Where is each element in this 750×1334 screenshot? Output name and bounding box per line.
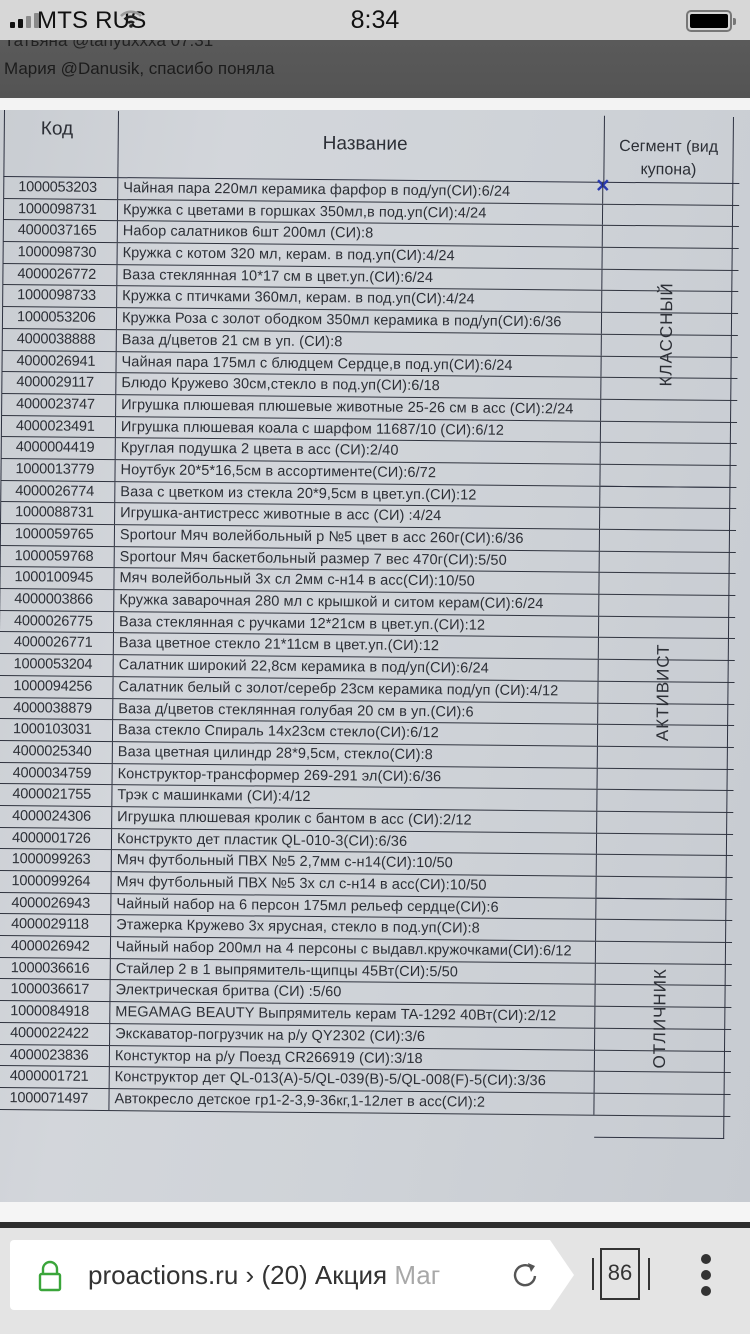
product-code: 4000038879 (0, 697, 113, 719)
product-code: 1000103031 (0, 719, 113, 741)
product-code: 4000026772 (2, 264, 117, 286)
address-bar[interactable]: proactions.ru › (20) Акция Маг (10, 1240, 550, 1310)
product-code: 4000034759 (0, 763, 113, 785)
header-name: Название (118, 111, 604, 183)
product-code: 1000099263 (0, 849, 112, 871)
product-code: 4000026774 (0, 481, 115, 503)
product-code: 4000029118 (0, 914, 111, 936)
product-code: 1000053206 (2, 307, 117, 329)
product-code: 1000059768 (0, 546, 115, 568)
segment-cell: ОТЛИЧНИК (594, 899, 726, 1139)
segment-label: КЛАССНЫЙ (656, 283, 677, 387)
divider (0, 98, 750, 110)
product-code: 4000026771 (0, 632, 114, 654)
tab-count: 86 (600, 1248, 640, 1300)
product-code: 1000084918 (0, 1001, 110, 1023)
document-photo: Код Название Сегмент (вид купона) ✕ 1000… (0, 110, 750, 1202)
product-code: 4000038888 (2, 329, 117, 351)
more-menu-icon[interactable] (696, 1248, 716, 1304)
product-code: 4000023747 (1, 394, 116, 416)
product-code: 1000098731 (3, 199, 118, 221)
segment-cell: КЛАССНЫЙ (600, 183, 733, 488)
product-code: 4000037165 (3, 220, 118, 242)
segment-label: ОТЛИЧНИК (649, 968, 670, 1069)
chat-message-latest: Мария @Danusik, спасибо поняла (4, 59, 275, 79)
product-code: 4000001726 (0, 828, 112, 850)
product-code: 1000099264 (0, 871, 112, 893)
product-name: Автокресло детское гр1-2-3,9-36кг,1-12ле… (109, 1089, 594, 1114)
product-code: 1000036617 (0, 979, 111, 1001)
tabs-bar-left (592, 1258, 594, 1290)
tabs-button[interactable]: 86 (592, 1248, 650, 1300)
header-code: Код (3, 110, 119, 178)
table-header: Код Название Сегмент (вид купона) ✕ (3, 110, 740, 184)
product-code: 4000023836 (0, 1044, 110, 1066)
product-code: 1000059765 (0, 524, 115, 546)
chat-message-previous: Татьяна @tanyuxxxa 07:31 (4, 40, 213, 51)
page-bottom (0, 1202, 750, 1222)
product-code: 4000024306 (0, 806, 112, 828)
lock-icon (38, 1260, 62, 1292)
product-code: 1000100945 (0, 567, 115, 589)
product-code: 1000053204 (0, 654, 114, 676)
coupon-table: Код Название Сегмент (вид купона) ✕ 1000… (0, 110, 740, 1117)
product-code: 1000098730 (3, 242, 118, 264)
product-code: 4000021755 (0, 784, 113, 806)
product-code: 1000036616 (0, 958, 111, 980)
product-code: 1000013779 (0, 459, 115, 481)
chat-overlay: Татьяна @tanyuxxxa 07:31 Мария @Danusik,… (0, 40, 750, 98)
url-text[interactable]: proactions.ru › (20) Акция Маг (88, 1260, 440, 1291)
product-code: 4000004419 (1, 437, 116, 459)
product-code: 4000026941 (1, 350, 116, 372)
segment-column: КЛАССНЫЙАКТИВИСТОТЛИЧНИК (594, 183, 733, 1139)
reload-icon[interactable] (510, 1260, 540, 1290)
product-code: 4000026943 (0, 893, 111, 915)
clock: 8:34 (0, 6, 750, 35)
product-code: 4000022422 (0, 1023, 110, 1045)
product-code: 4000029117 (1, 372, 116, 394)
tabs-bar-right (648, 1258, 650, 1290)
product-code: 1000094256 (0, 676, 114, 698)
product-code: 1000053203 (3, 177, 118, 199)
product-code: 4000003866 (0, 589, 114, 611)
product-code: 4000026775 (0, 611, 114, 633)
status-bar: MTS RUS 8:34 (0, 0, 750, 40)
segment-cell: АКТИВИСТ (596, 487, 730, 901)
product-code: 4000023491 (1, 416, 116, 438)
product-code: 1000088731 (0, 502, 115, 524)
header-segment: Сегмент (вид купона) (603, 116, 734, 184)
product-code: 4000025340 (0, 741, 113, 763)
product-code: 4000026942 (0, 936, 111, 958)
product-code: 1000071497 (0, 1088, 110, 1110)
product-code: 4000001721 (0, 1066, 110, 1088)
product-code: 1000098733 (2, 285, 117, 307)
browser-toolbar: proactions.ru › (20) Акция Маг 86 (0, 1228, 750, 1334)
battery-icon (686, 10, 732, 32)
segment-label: АКТИВИСТ (652, 644, 673, 742)
